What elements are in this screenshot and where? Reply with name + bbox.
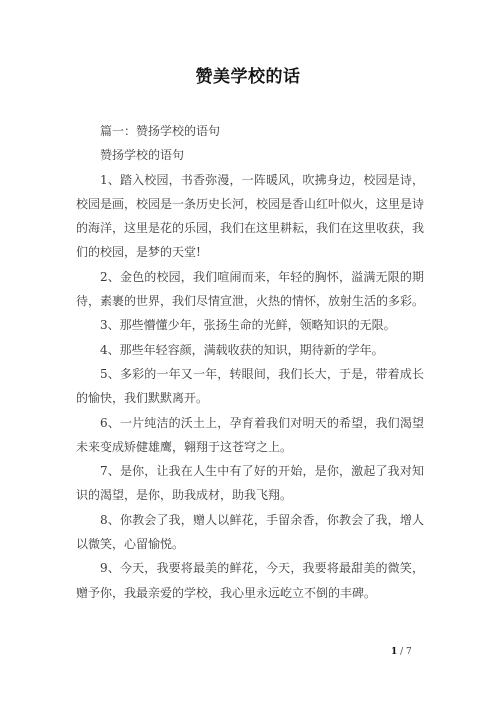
paragraph: 7、是你，让我在人生中有了好的开始，是你，激起了我对知识的渴望，是你，助我成材，… <box>76 459 424 508</box>
paragraph: 4、那些年轻容颜，满载收获的知识，期待新的学年。 <box>76 338 424 362</box>
paragraph: 3、那些懵懂少年，张扬生命的光鲜，领略知识的无限。 <box>76 313 424 337</box>
paragraph: 8、你教会了我，赠人以鲜花，手留余香，你教会了我，增人以微笑，心留愉悦。 <box>76 508 424 557</box>
paragraph: 6、一片纯洁的沃土上，孕育着我们对明天的希望，我们渴望未来变成矫健雄鹰，翱翔于这… <box>76 411 424 460</box>
subheading: 赞扬学校的语句 <box>76 143 424 167</box>
page-separator: / <box>397 647 406 657</box>
paragraph: 9、今天，我要将最美的鲜花，今天，我要将最甜美的微笑，赠予你，我最亲爱的学校，我… <box>76 556 424 605</box>
section-heading: 篇一：赞扬学校的语句 <box>76 119 424 143</box>
document-body: 篇一：赞扬学校的语句 赞扬学校的语句 1、踏入校园，书香弥漫，一阵暖风，吹拂身边… <box>76 119 424 605</box>
paragraph: 2、金色的校园，我们喧闹而来，年轻的胸怀，溢满无限的期待，素裹的世界，我们尽情宣… <box>76 265 424 314</box>
document-title: 赞美学校的话 <box>0 62 496 87</box>
page-number: 1 / 7 <box>391 647 412 657</box>
document-page: 赞美学校的话 篇一：赞扬学校的语句 赞扬学校的语句 1、踏入校园，书香弥漫，一阵… <box>0 0 496 702</box>
paragraph: 5、多彩的一年又一年，转眼间，我们长大，于是，带着成长的愉快，我们默默离开。 <box>76 362 424 411</box>
paragraph: 1、踏入校园，书香弥漫，一阵暖风，吹拂身边，校园是诗，校园是画，校园是一条历史长… <box>76 168 424 265</box>
page-total: 7 <box>406 647 412 657</box>
